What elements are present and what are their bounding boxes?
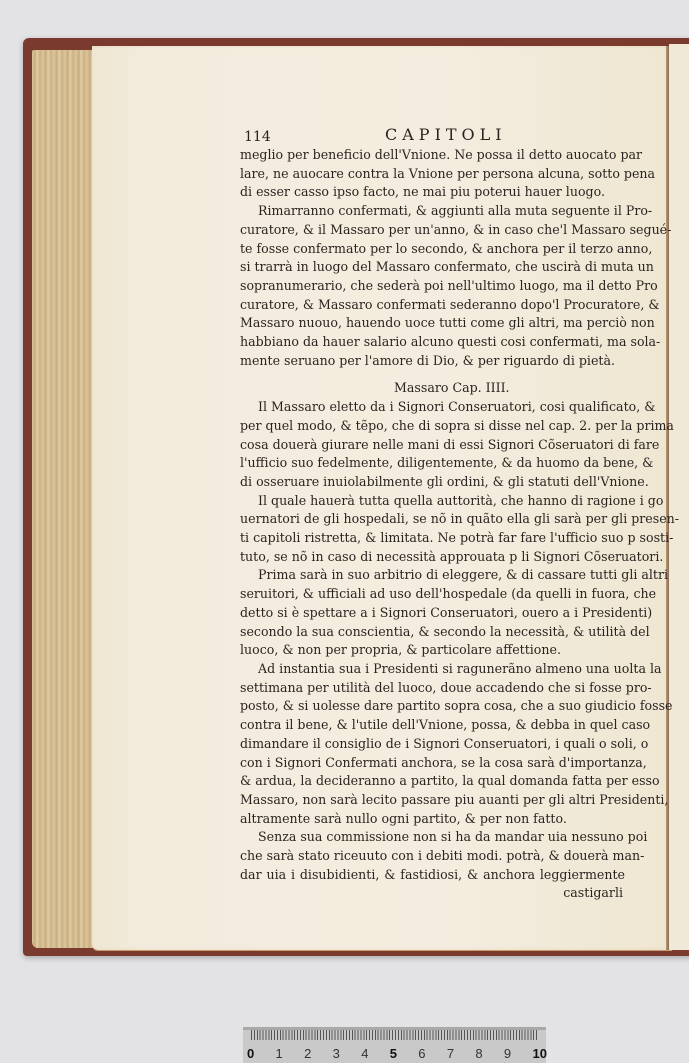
text-line: l'ufficio suo fedelmente, diligentemente… (240, 454, 625, 473)
page-text-block: 114 CAPITOLI meglio per beneficio dell'V… (240, 126, 625, 903)
text-line: uernatori de gli hospedali, se nõ in quã… (240, 510, 625, 529)
ruler-label: 8 (475, 1046, 482, 1061)
section-title: Massaro Cap. IIII. (240, 379, 625, 398)
text-line: habbiano da hauer salario alcuno questi … (240, 333, 625, 352)
text-line: Il quale hauerà tutta quella auttorità, … (240, 492, 625, 511)
text-line: detto si è spettare a i Signori Conserua… (240, 604, 625, 623)
ruler-labels: 012345678910 (247, 1046, 547, 1061)
text-line: Prima sarà in suo arbitrio di eleggere, … (240, 566, 625, 585)
text-line: luoco, & non per propria, & particolare … (240, 641, 625, 660)
catchword: castigarli (240, 884, 625, 903)
text-line: di osseruare inuiolabilmente gli ordini,… (240, 473, 625, 492)
ruler-label: 7 (447, 1046, 454, 1061)
ruler-label: 0 (247, 1046, 254, 1061)
text-line: altramente sarà nullo ogni partito, & pe… (240, 810, 625, 829)
page-header: 114 CAPITOLI (240, 126, 625, 148)
ruler-label: 4 (361, 1046, 368, 1061)
text-line: contra il bene, & l'utile dell'Vnione, p… (240, 716, 625, 735)
text-line: curatore, & il Massaro per un'anno, & in… (240, 221, 625, 240)
text-line: Ad instantia sua i Presidenti si raguner… (240, 660, 625, 679)
text-line: lare, ne auocare contra la Vnione per pe… (240, 165, 625, 184)
text-line: che sarà stato riceuuto con i debiti mod… (240, 847, 625, 866)
paragraph-block-1: meglio per beneficio dell'Vnione. Ne pos… (240, 146, 625, 370)
text-line: di esser casso ipso facto, ne mai piu po… (240, 183, 625, 202)
running-title: CAPITOLI (385, 126, 507, 145)
text-line: sopranumerario, che sederà poi nell'ulti… (240, 277, 625, 296)
text-line: cosa douerà giurare nelle mani di essi S… (240, 436, 625, 455)
text-line: dimandare il consiglio de i Signori Cons… (240, 735, 625, 754)
text-line: secondo la sua conscientia, & secondo la… (240, 623, 625, 642)
ruler-ticks (251, 1030, 539, 1040)
text-line: ti capitoli ristretta, & limitata. Ne po… (240, 529, 625, 548)
text-line: mente seruano per l'amore di Dio, & per … (240, 352, 625, 371)
ruler-label: 10 (532, 1046, 546, 1061)
text-line: Il Massaro eletto da i Signori Conseruat… (240, 398, 625, 417)
text-line: Massaro, non sarà lecito passare piu aua… (240, 791, 625, 810)
scale-ruler: 012345678910 (243, 1027, 546, 1063)
ruler-label: 3 (333, 1046, 340, 1061)
page-edges (32, 50, 94, 948)
text-line: per quel modo, & tẽpo, che di sopra si d… (240, 417, 625, 436)
text-line: settimana per utilità del luoco, doue ac… (240, 679, 625, 698)
text-line: meglio per beneficio dell'Vnione. Ne pos… (240, 146, 625, 165)
paragraph-block-2: Il Massaro eletto da i Signori Conseruat… (240, 398, 625, 884)
text-line: seruitori, & ufficiali ad uso dell'hospe… (240, 585, 625, 604)
ruler-label: 2 (304, 1046, 311, 1061)
ruler-label: 1 (276, 1046, 283, 1061)
text-line: Rimarranno confermati, & aggiunti alla m… (240, 202, 625, 221)
ruler-label: 6 (418, 1046, 425, 1061)
text-line: con i Signori Confermati anchora, se la … (240, 754, 625, 773)
text-line: Senza sua commissione non si ha da manda… (240, 828, 625, 847)
text-line: posto, & si uolesse dare partito sopra c… (240, 697, 625, 716)
text-line: si trarrà in luogo del Massaro confermat… (240, 258, 625, 277)
text-line: tuto, se nõ in caso di necessità approua… (240, 548, 625, 567)
text-line: & ardua, la decideranno a partito, la qu… (240, 772, 625, 791)
facing-page-edge (669, 44, 689, 950)
ruler-label: 5 (390, 1046, 397, 1061)
text-line: dar uia i disubidienti, & fastidiosi, & … (240, 866, 625, 885)
text-line: Massaro nuouo, hauendo uoce tutti come g… (240, 314, 625, 333)
page-number: 114 (244, 128, 271, 147)
text-line: curatore, & Massaro confermati sederanno… (240, 296, 625, 315)
ruler-label: 9 (504, 1046, 511, 1061)
text-line: te fosse confermato per lo secondo, & an… (240, 240, 625, 259)
